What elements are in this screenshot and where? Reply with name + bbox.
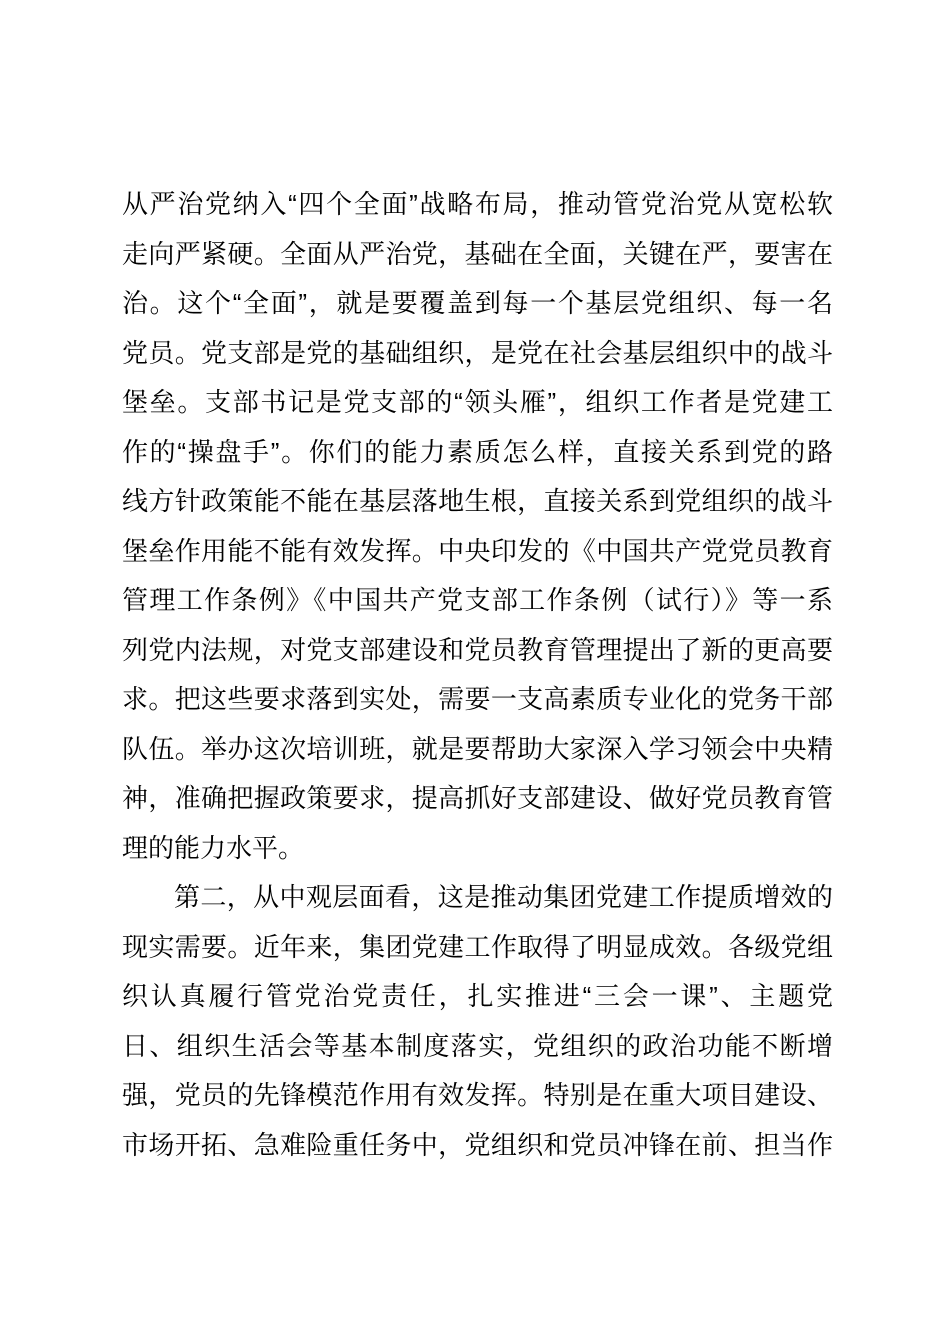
text-line: 现实需要。近年来，集团党建工作取得了明显成效。各级党组 [122,923,833,973]
text-line: 作的“操盘手”。你们的能力素质怎么样，直接关系到党的路 [122,428,833,478]
text-line: 列党内法规，对党支部建设和党员教育管理提出了新的更高要 [122,626,833,676]
text-line: 市场开拓、急难险重任务中，党组织和党员冲锋在前、担当作 [122,1121,833,1171]
text-line: 神，准确把握政策要求，提高抓好支部建设、做好党员教育管 [122,774,833,824]
text-line: 堡垒作用能不能有效发挥。中央印发的《中国共产党党员教育 [122,527,833,577]
text-line: 管理工作条例》《中国共产党支部工作条例（试行）》等一系 [122,576,833,626]
text-line: 队伍。举办这次培训班，就是要帮助大家深入学习领会中央精 [122,725,833,775]
text-line: 走向严紧硬。全面从严治党，基础在全面，关键在严，要害在 [122,230,833,280]
paragraph-2: 第二，从中观层面看，这是推动集团党建工作提质增效的 现实需要。近年来，集团党建工… [122,873,833,1170]
text-line: 堡垒。支部书记是党支部的“领头雁”，组织工作者是党建工 [122,378,833,428]
text-line: 第二，从中观层面看，这是推动集团党建工作提质增效的 [122,873,833,923]
text-line: 党员。党支部是党的基础组织，是党在社会基层组织中的战斗 [122,329,833,379]
paragraph-1: 从严治党纳入“四个全面”战略布局，推动管党治党从宽松软 走向严紧硬。全面从严治党… [122,180,833,873]
text-line: 治。这个“全面”，就是要覆盖到每一个基层党组织、每一名 [122,279,833,329]
text-line: 理的能力水平。 [122,824,833,874]
text-line: 日、组织生活会等基本制度落实，党组织的政治功能不断增 [122,1022,833,1072]
text-line: 从严治党纳入“四个全面”战略布局，推动管党治党从宽松软 [122,180,833,230]
text-line: 求。把这些要求落到实处，需要一支高素质专业化的党务干部 [122,675,833,725]
text-line: 织认真履行管党治党责任，扎实推进“三会一课”、主题党 [122,972,833,1022]
text-line: 线方针政策能不能在基层落地生根，直接关系到党组织的战斗 [122,477,833,527]
text-line: 强，党员的先锋模范作用有效发挥。特别是在重大项目建设、 [122,1071,833,1121]
document-page: 从严治党纳入“四个全面”战略布局，推动管党治党从宽松软 走向严紧硬。全面从严治党… [0,0,950,1344]
